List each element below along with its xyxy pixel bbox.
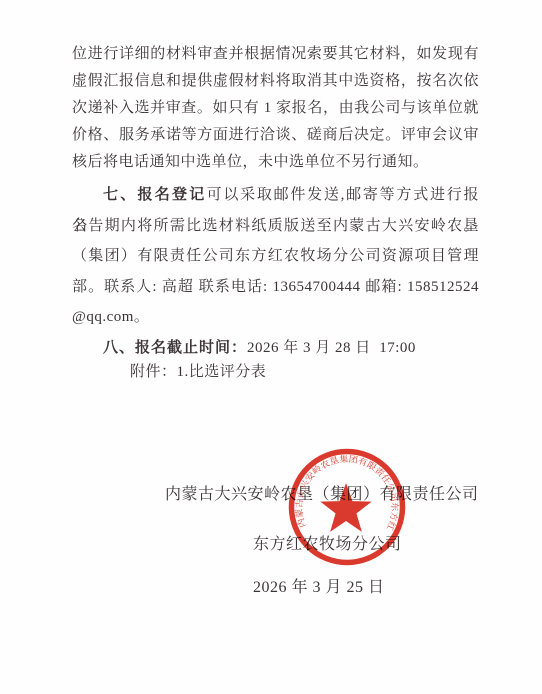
body-line: （集团）有限责任公司东方红农牧场分公司资源项目管理 [72, 241, 479, 272]
contact-line: 部。联系人: 高超 联系电话: 13654700444 邮箱: 15851252… [72, 272, 479, 303]
scanned-document-page: 位进行详细的材料审查并根据情况索要其它材料，如发现有 虚假汇报信息和提供虚假材料… [0, 0, 542, 694]
section-8-heading: 八、报名截止时间： [103, 340, 247, 356]
body-line: 位进行详细的材料审查并根据情况索要其它材料，如发现有 [72, 41, 479, 68]
email-line: @qq.com。 [72, 302, 479, 333]
body-line: 公告期内将所需比选材料纸质版送至内蒙古大兴安岭农垦 [72, 211, 479, 242]
deadline-value: 2026 年 3 月 28 日 17:00 [247, 340, 416, 356]
official-seal: 内蒙古大兴安岭农垦集团有限责任公司东方红农牧场分公司 [286, 446, 408, 568]
section-7-line: 七、报名登记可以采取邮件发送,邮寄等方式进行报名。 [72, 180, 479, 211]
body-line: 虚假汇报信息和提供虚假材料将取消其中选资格，按名次依 [72, 68, 479, 95]
body-line: 价格、服务承诺等方面进行洽谈、磋商后决定。评审会议审 [72, 122, 479, 149]
star-icon [320, 483, 371, 532]
body-line: 次递补入选并审查。如只有 1 家报名，由我公司与该单位就 [72, 95, 479, 122]
body-line: 核后将电话通知中选单位，未中选单位不另行通知。 [72, 149, 479, 176]
signature-date: 2026 年 3 月 25 日 [253, 577, 385, 599]
sections-block: 七、报名登记可以采取邮件发送,邮寄等方式进行报名。 公告期内将所需比选材料纸质版… [72, 180, 479, 388]
paragraph-continuation: 位进行详细的材料审查并根据情况索要其它材料，如发现有 虚假汇报信息和提供虚假材料… [72, 41, 479, 176]
section-7-heading: 七、报名登记 [103, 187, 207, 203]
